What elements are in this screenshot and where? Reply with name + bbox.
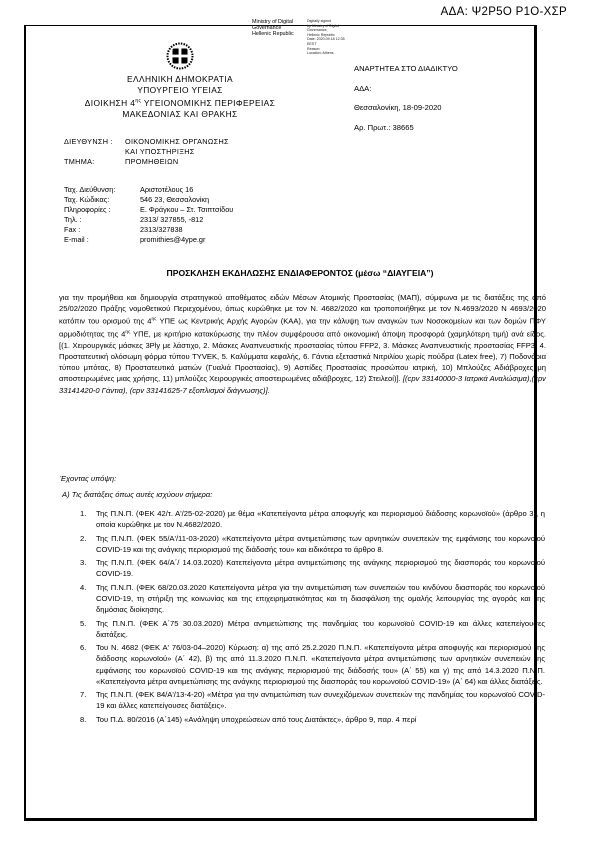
list-item: 8.Του Π.Δ. 80/2016 (Α΄145) «Ανάληψη υποχ… <box>80 714 545 725</box>
contact-block: Ταχ. Διεύθυνση:Αριστοτέλους 16 Ταχ. Κώδι… <box>64 185 233 245</box>
list-item: 7.Της Π.Ν.Π. (ΦΕΚ 84/Α'/13-4-20) «Μέτρα … <box>80 689 545 711</box>
contact-label: Fax : <box>64 225 140 235</box>
list-item: 4.Της Π.Ν.Π. (ΦΕΚ 68/20.03.2020 Κατεπείγ… <box>80 582 545 616</box>
section-label: ΤΜΗΜΑ: <box>64 157 125 167</box>
list-item: 3.Της Π.Ν.Π. (ΦΕΚ 64/Α΄/ 14.03.2020) Κατ… <box>80 557 545 579</box>
considering-heading: Έχοντας υπόψη: <box>60 474 116 483</box>
contact-label: Πληροφορίες : <box>64 205 140 215</box>
contact-label: Ταχ. Διεύθυνση: <box>64 185 140 195</box>
signature-detail: Location: Athens <box>307 51 345 56</box>
legal-basis-list: 1.Της Π.Ν.Π. (ΦΕΚ 42/τ. Α'/25-02-2020) μ… <box>80 508 545 727</box>
digital-signature-details: Digitally signed by Ministry of Digital … <box>307 19 345 56</box>
ada-label: ΑΔΑ: <box>354 84 458 104</box>
contact-value: 2313/ 327855, -812 <box>140 215 203 225</box>
country-name: ΕΛΛΗΝΙΚΗ ΔΗΜΟΚΡΑΤΙΑ <box>52 74 308 85</box>
contact-row: Τηλ. :2313/ 327855, -812 <box>64 215 233 225</box>
contact-label: E-mail : <box>64 235 140 245</box>
section-a-heading: Α) Τις διατάξεις όπως αυτές ισχύουν σήμε… <box>62 490 212 499</box>
ministry-name: ΥΠΟΥΡΓΕΙΟ ΥΓΕΙΑΣ <box>52 85 308 96</box>
contact-row: Ταχ. Κώδικας:546 23, Θεσσαλονίκη <box>64 195 233 205</box>
ada-header: ΑΔΑ: Ψ2Ρ5Ο Ρ1Ο-ΧΣΡ <box>441 6 567 18</box>
contact-value: Αριστοτέλους 16 <box>140 185 193 195</box>
coat-of-arms-icon <box>166 42 194 70</box>
region-name: ΜΑΚΕΔΟΝΙΑΣ ΚΑΙ ΘΡΑΚΗΣ <box>52 109 308 120</box>
contact-value: 2313/327838 <box>140 225 183 235</box>
publish-notice: ΑΝΑΡΤΗΤΕΑ ΣΤΟ ΔΙΑΔΙΚΤΥΟ <box>354 64 458 84</box>
email-link[interactable]: promithies@4ype.gr <box>140 235 205 245</box>
contact-row: Ταχ. Διεύθυνση:Αριστοτέλους 16 <box>64 185 233 195</box>
contact-row: Fax :2313/327838 <box>64 225 233 235</box>
contact-label: Τηλ. : <box>64 215 140 225</box>
region-administration: ΔΙΟΙΚΗΣΗ 4ης ΥΓΕΙΟΝΟΜΙΚΗΣ ΠΕΡΙΦΕΡΕΙΑΣ <box>52 96 308 109</box>
direction-label: ΔΙΕΥΘΥΝΣΗ : <box>64 137 125 147</box>
right-header: ΑΝΑΡΤΗΤΕΑ ΣΤΟ ΔΙΑΔΙΚΤΥΟ ΑΔΑ: Θεσσαλονίκη… <box>354 64 458 142</box>
contact-value: 546 23, Θεσσαλονίκη <box>140 195 209 205</box>
list-item: 6.Του Ν. 4682 (ΦΕΚ Α' 76/03-04–2020) Κύρ… <box>80 642 545 687</box>
place-date: Θεσσαλονίκη, 18-09-2020 <box>354 103 458 123</box>
intro-paragraph: για την προμήθεια και δημιουργία στρατηγ… <box>59 292 546 396</box>
signature-line: Hellenic Republic <box>252 31 294 37</box>
contact-row: Πληροφορίες :Ε. Φράγκου – Στ. Τσιπτσίδου <box>64 205 233 215</box>
document-title: ΠΡΟΣΚΛΗΣΗ ΕΚΔΗΛΩΣΗΣ ΕΝΔΙΑΦΕΡΟΝΤΟΣ (μέσω … <box>50 268 550 278</box>
contact-label: Ταχ. Κώδικας: <box>64 195 140 205</box>
direction-value: ΟΙΚΟΝΟΜΙΚΗΣ ΟΡΓΑΝΩΣΗΣ <box>125 137 229 147</box>
direction-value-cont: ΚΑΙ ΥΠΟΣΤΗΡΙΞΗΣ <box>125 147 195 157</box>
contact-value: Ε. Φράγκου – Στ. Τσιπτσίδου <box>140 205 233 215</box>
section-value: ΠΡΟΜΗΘΕΙΩΝ <box>125 157 178 167</box>
list-item: 2.Της Π.Ν.Π. (ΦΕΚ 55/Α'/11-03-2020) «Κατ… <box>80 533 545 555</box>
list-item: 1.Της Π.Ν.Π. (ΦΕΚ 42/τ. Α'/25-02-2020) μ… <box>80 508 545 530</box>
list-item: 5.Της Π.Ν.Π. (ΦΕΚ Α΄75 30.03.2020) Μέτρα… <box>80 618 545 640</box>
digital-signature-label: Ministry of Digital Governance Hellenic … <box>252 19 294 38</box>
contact-row: E-mail :promithies@4ype.gr <box>64 235 233 245</box>
department-block: ΔΙΕΥΘΥΝΣΗ :ΟΙΚΟΝΟΜΙΚΗΣ ΟΡΓΑΝΩΣΗΣ ΚΑΙ ΥΠΟ… <box>64 137 229 167</box>
government-header: ΕΛΛΗΝΙΚΗ ΔΗΜΟΚΡΑΤΙΑ ΥΠΟΥΡΓΕΙΟ ΥΓΕΙΑΣ ΔΙΟ… <box>52 74 308 121</box>
protocol-number: Αρ. Πρωτ.: 38665 <box>354 123 458 143</box>
